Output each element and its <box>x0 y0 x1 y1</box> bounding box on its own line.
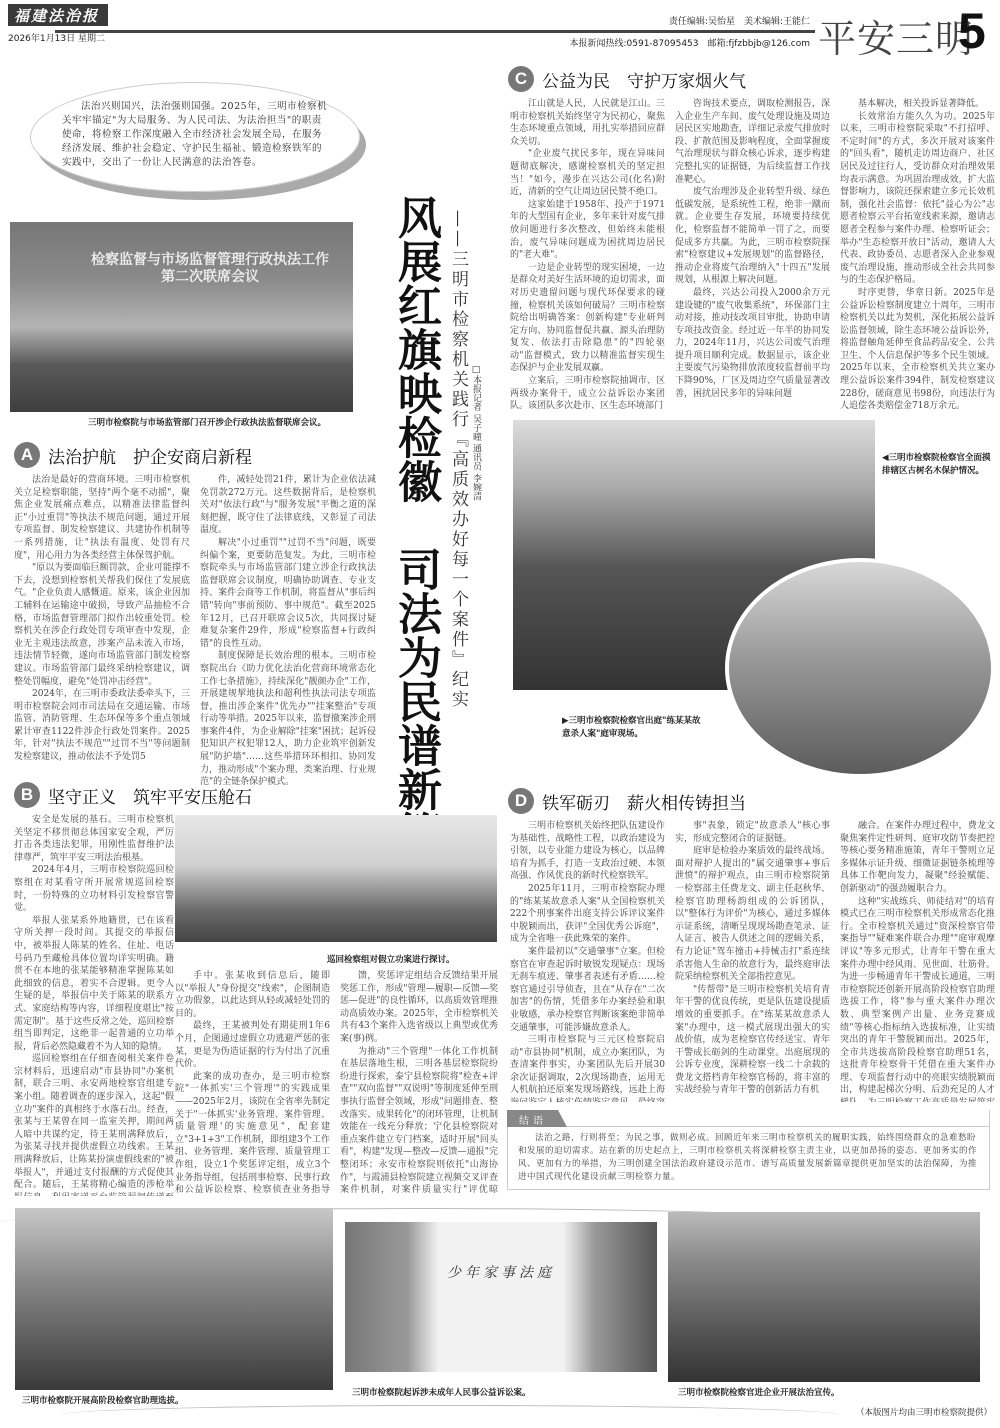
paragraph: 融合。在案件办理过程中，费龙文聚焦案件定性研判、庭审攻防节奏把控等核心要务精准施… <box>840 820 995 896</box>
section-a-col1: 法治是最好的营商环境。三明市检察机关立足检察职能，坚持"两个毫不动摇"，聚焦企业… <box>14 474 190 766</box>
paragraph: 最终，兴达公司投入2000余万元建设键的"废气收集系统"，环保部门主动对接，推动… <box>675 287 830 400</box>
paragraph: 巡回检察组在仔细查阅相关案件卷宗材料后，迅速启动"市县协同"办案机制，联合三明、… <box>14 1053 174 1196</box>
meeting-photo: 检察监督与市场监督管理行政执法工作第二次联席会议 <box>10 222 353 412</box>
paragraph: 江山就是人民，人民就是江山。三明市检察机关始终坚守为民初心，聚焦生态环境重点领域… <box>510 98 665 148</box>
section-d-col1: 三明市检察机关始终把队伍建设作为基础性、战略性工程，以政治建设为引领，以专业能力… <box>510 820 665 1102</box>
section-a-body: 法治是最好的营商环境。三明市检察机关立足检察职能，坚持"两个毫不动摇"，聚焦企业… <box>14 474 376 766</box>
headline-subtitle: ——三明市检察机关践行『高质效办好每一个案件』纪实 <box>446 210 469 710</box>
patrol-photo-caption: 巡回检察组对假立功案进行探讨。 <box>327 953 455 965</box>
section-a-badge: A <box>14 442 40 468</box>
conclusion-text: 法治之路，行则将至；为民之事，做则必成。回顾近年来三明市检察机关的履职实践，始终… <box>508 1110 989 1184</box>
section-b-title: 坚守正义 筑牢平安压舱石 <box>48 783 252 808</box>
paragraph: 立案后，三明市检察院抽调市、区两级办案骨干，成立公益诉讼办案团队。该团队多次赴市… <box>510 375 665 413</box>
section-b-col2: 手中。张某收到信息后，随即以"举报人"身份提交"线索"，企图制造立功假象，以此达… <box>175 970 330 1196</box>
byline: □本报记者 吴子曈 通讯员 李婉清 <box>470 365 483 501</box>
bottom-photo-enterprise <box>668 1212 980 1382</box>
bottom-photo-court: 少年家事法庭 <box>345 1222 657 1372</box>
section-c-badge: C <box>508 66 534 92</box>
news-hotline: 本报新闻热线:0591-87095453 邮箱:fjfzbbjb@126.com <box>570 36 811 49</box>
section-a-col2: 件，减轻处罚21件，累计为企业依法减免罚款272万元。这些数据背后，是检察机关对… <box>200 474 376 766</box>
main-headline: 风展红旗映检徽 司法为民谱新篇 <box>390 195 440 855</box>
paragraph: 基本解决，相关投诉显著降低。 <box>840 98 995 111</box>
paragraph: 时序更替，华章日新。2025年是公益诉讼检察制度建立十周年，三明市检察机关以此为… <box>840 287 995 413</box>
paragraph: 制度保障是长效治理的根本。三明市检察院出台《助力优化法治化营商环境常态化工作七条… <box>200 650 376 789</box>
section-c-col2: 咨询技术要点，调取检测报告，深入企业生产车间、废气处理设施及周边居民区实地勘查，… <box>675 98 830 416</box>
paragraph: 这种"实战练兵、师徒结对"的培育模式已在三明市检察机关形成常态化推行。全市检察机… <box>840 896 995 1102</box>
paragraph: 庭审是检验办案质效的最终战场。面对辩护人提出的"属交通肇事+事后泄愤"的辩护观点… <box>675 845 830 984</box>
section-c-title: 公益为民 守护万家烟火气 <box>542 67 746 92</box>
trees-photo-caption: ◀三明市检察院检察官全面摸排辖区古树名木保护情况。 <box>882 452 992 478</box>
masthead-rule <box>55 30 815 33</box>
paragraph: 三明市检察院与三元区检察院启动"市县协同"机制，成立办案团队，为查清案件事实，办… <box>510 1034 665 1102</box>
paragraph: 解决"小过重罚""过罚不当"问题，既要纠偏个案，更要防范复发。为此，三明市检察院… <box>200 537 376 650</box>
paragraph: 废气治理涉及企业转型升级、绿色低碳发展，是系统性工程，绝非一蹴而就。企业要生存发… <box>675 186 830 287</box>
court-photo-caption: ▶三明市检察院检察官出庭"练某某故意杀人案"庭审现场。 <box>562 715 702 741</box>
patrol-photo <box>175 815 497 942</box>
court-sign-text: 少年家事法庭 <box>345 1262 657 1282</box>
paragraph: 举报人张某系外地籍贯，已在该看守所关押一段时间。其提交的举报信中，被举报人陈某的… <box>14 915 174 1054</box>
paragraph: 最终，王某被判处有期徒刑1年6个月，企图通过虚假立功逃避严惩的张某，更是为伪造证… <box>175 1020 330 1070</box>
section-c-col1: 江山就是人民，人民就是江山。三明市检察机关始终坚守为民初心，聚焦生态环境重点领域… <box>510 98 665 416</box>
section-title: 平安三明 <box>818 8 974 63</box>
paragraph: 三明市检察机关始终把队伍建设作为基础性、战略性工程，以政治建设为引领，以专业能力… <box>510 820 665 883</box>
paragraph: 法治是最好的营商环境。三明市检察机关立足检察职能，坚持"两个毫不动摇"，聚焦企业… <box>14 474 190 562</box>
paragraph: 安全是发展的基石。三明市检察机关坚定不移贯彻总体国家安全观，严厉打击各类违法犯罪… <box>14 814 174 864</box>
section-c-col3: 基本解决，相关投诉显著降低。 长效常治方能久久为功。2025年以来，三明市检察院… <box>840 98 995 416</box>
section-b-col3: 馈，奖惩评定组结合反馈结果开展奖惩工作，形成"管理—履职—反馈—奖惩—促进"的良… <box>340 970 498 1196</box>
section-b-badge: B <box>14 782 40 808</box>
newspaper-logo: 福建法治报 <box>8 4 108 26</box>
intro-lead: 法治兴则国兴，法治强则国强。2025年，三明市检察机关牢牢锚定"为大局服务、为人… <box>30 82 360 192</box>
conclusion-rule <box>567 1126 990 1127</box>
paragraph: 2024年，在三明市委政法委牵头下，三明市检察院会同市司法局在交通运输、市场监管… <box>14 688 190 764</box>
paragraph: 一边是企业转型的现实困境，一边是群众对美好生活环境的迫切需求，面对历史遗留问题与… <box>510 262 665 375</box>
decorative-curve-bottom <box>60 1405 840 1425</box>
court-photo <box>725 558 995 778</box>
bottom-photo-court-caption: 三明市检察院起诉涉未成年人民事公益诉讼案。 <box>352 1386 531 1398</box>
section-d-header: D 铁军砺刃 薪火相传铸担当 <box>508 788 746 814</box>
paragraph: 件，减轻处罚21件，累计为企业依法减免罚款272万元。这些数据背后，是检察机关对… <box>200 474 376 537</box>
bottom-photo-selection <box>15 1208 333 1390</box>
section-c-header: C 公益为民 守护万家烟火气 <box>508 66 746 92</box>
section-b-header: B 坚守正义 筑牢平安压舱石 <box>14 782 252 808</box>
paragraph: 手中。张某收到信息后，随即以"举报人"身份提交"线索"，企图制造立功假象，以此达… <box>175 970 330 1020</box>
meeting-banner-text: 检察监督与市场监督管理行政执法工作第二次联席会议 <box>90 252 330 286</box>
conclusion-box: 法治之路，行则将至；为民之事，做则必成。回顾近年来三明市检察机关的履职实践，始终… <box>507 1110 990 1190</box>
paragraph: 馈，奖惩评定组结合反馈结果开展奖惩工作，形成"管理—履职—反馈—奖惩—促进"的良… <box>340 970 498 1046</box>
paragraph: 为推动"三个管理"一体化工作机制在基层落地生根，三明各基层检察院纷纷进行探索，泰… <box>340 1046 498 1196</box>
paragraph: "企业废气扰民多年，现在异味问题彻底解决，感谢检察机关的坚定担当！"如今，漫步在… <box>510 148 665 198</box>
page-number: 5 <box>958 2 986 60</box>
photo-credit: （本版图片均由三明市检察院提供） <box>856 1406 992 1418</box>
paragraph: "传帮带"是三明市检察机关培育青年干警的优良传统，更是队伍建设提质增效的重要抓手… <box>675 984 830 1097</box>
section-a-header: A 法治护航 护企安商启新程 <box>14 442 252 468</box>
bottom-photo-enterprise-caption: 三明市检察院检察官进企业开展法治宣传。 <box>678 1386 840 1398</box>
section-d-badge: D <box>508 788 534 814</box>
section-d-title: 铁军砺刃 薪火相传铸担当 <box>542 789 746 814</box>
paragraph: 这家始建于1958年、投产于1971年的大型国有企业，多年来针对废气排放问题进行… <box>510 199 665 262</box>
paragraph: 此案的成功查办，是三明市检察院"一体抓实'三个管理'"的实践成果——2025年2… <box>175 1071 330 1196</box>
paragraph: 咨询技术要点，调取检测报告，深入企业生产车间、废气处理设施及周边居民区实地勘查，… <box>675 98 830 186</box>
conclusion-label: 结语 <box>507 1110 567 1127</box>
section-d-body: 三明市检察机关始终把队伍建设作为基础性、战略性工程，以政治建设为引领，以专业能力… <box>510 820 995 1102</box>
section-d-col2: 事"表象，锁定"故意杀人"核心事实，形成完整闭合的证据链。 庭审是检验办案质效的… <box>675 820 830 1102</box>
bottom-photo-selection-caption: 三明市检察院开展高阶段检察官助理选拔。 <box>22 1394 184 1406</box>
paragraph: "原以为要面临巨额罚款，企业可能撑不下去，没想到检察机关帮我们保住了发展底气。"… <box>14 562 190 688</box>
meeting-photo-caption: 三明市检察院与市场监管部门召开涉企行政执法监督联席会议。 <box>88 416 326 428</box>
paragraph: 长效常治方能久久为功。2025年以来，三明市检察院采取"不打招呼、不定时间"的方… <box>840 111 995 287</box>
paragraph: 案件最初以"交通肇事"立案。但检察官在审查起诉时敏锐发现疑点：现场无刹车痕迹、肇… <box>510 946 665 1034</box>
intro-text: 法治兴则国兴，法治强则国强。2025年，三明市检察机关牢牢锚定"为大局服务、为人… <box>62 100 330 170</box>
section-a-title: 法治护航 护企安商启新程 <box>48 443 252 468</box>
paragraph: 2024年4月，三明市检察院巡回检察组在对某看守所开展常规巡回检察时，一份特殊的… <box>14 864 174 914</box>
editors-credit: 责任编辑:吴怡星 美术编辑:王能仁 <box>669 14 810 27</box>
paragraph: 事"表象，锁定"故意杀人"核心事实，形成完整闭合的证据链。 <box>675 820 830 845</box>
section-b-col1: 安全是发展的基石。三明市检察机关坚定不移贯彻总体国家安全观，严厉打击各类违法犯罪… <box>14 814 174 1196</box>
section-c-body: 江山就是人民，人民就是江山。三明市检察机关始终坚守为民初心，聚焦生态环境重点领域… <box>510 98 995 416</box>
section-d-col3: 融合。在案件办理过程中，费龙文聚焦案件定性研判、庭审攻防节奏把控等核心要务精准施… <box>840 820 995 1102</box>
paragraph: 2025年11月，三明市检察院办理的"练某某故意杀人案"从全国检察机关222个刑… <box>510 883 665 946</box>
